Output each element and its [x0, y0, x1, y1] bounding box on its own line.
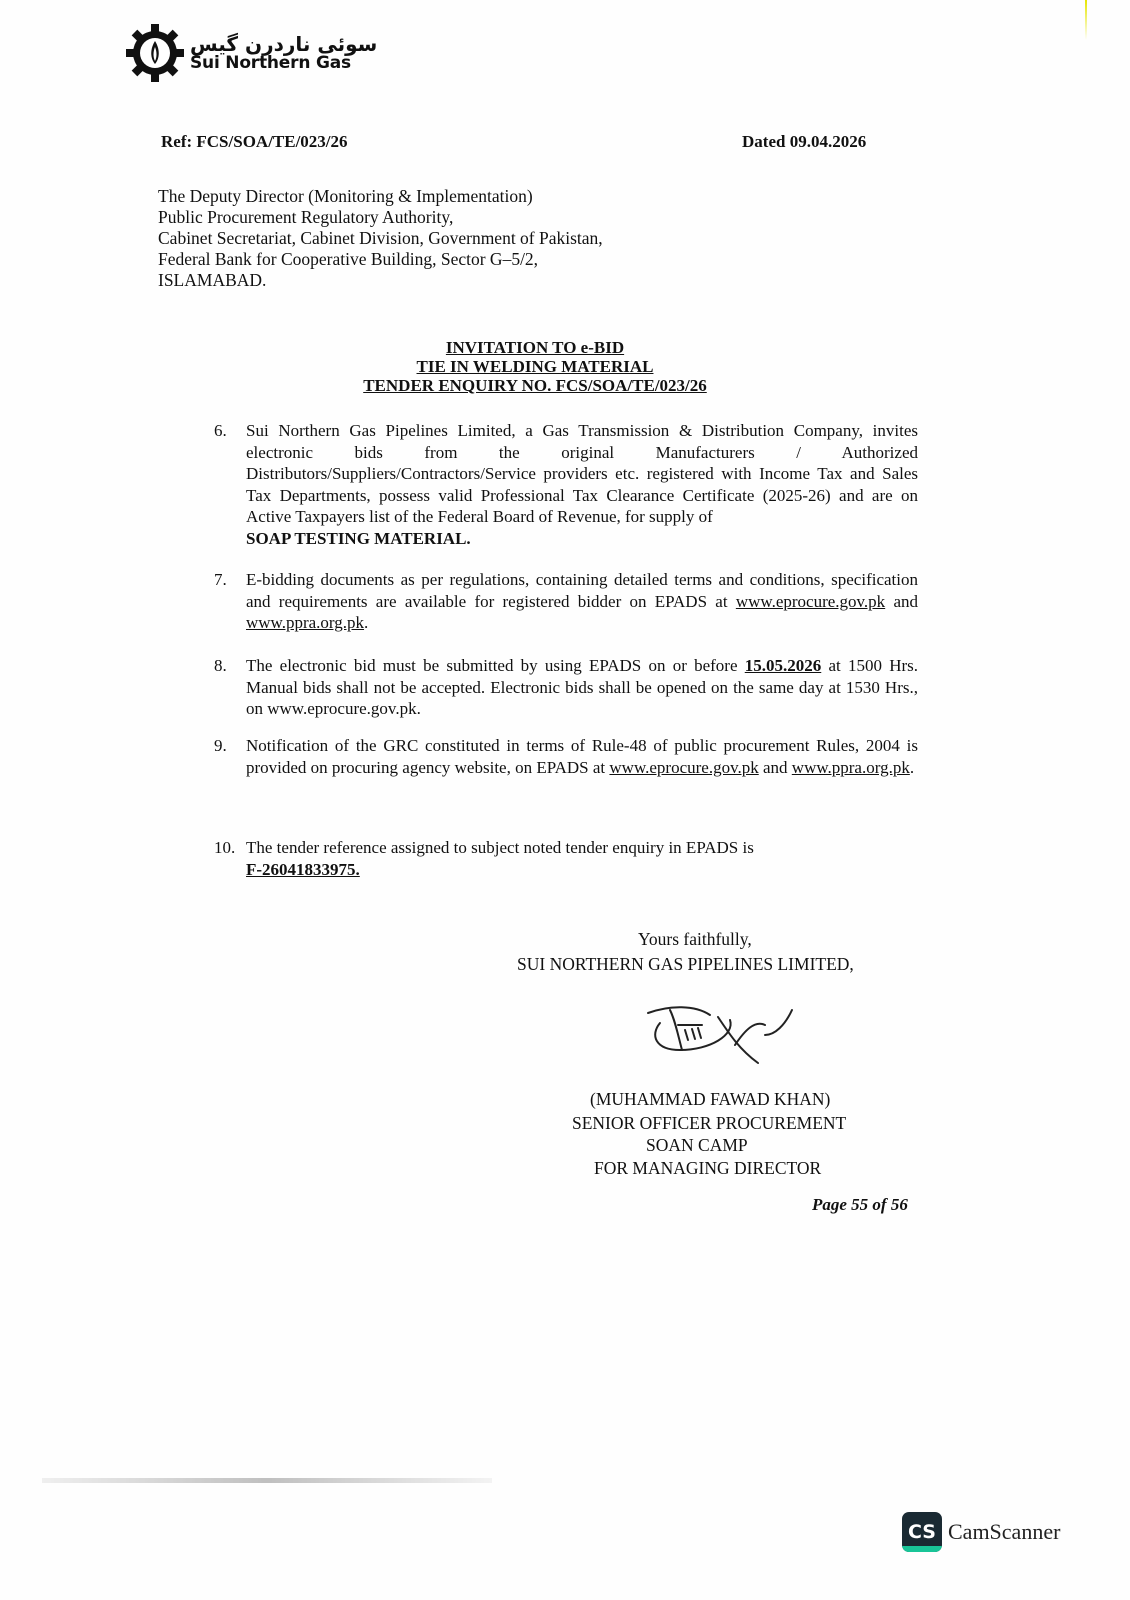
addressee-line: Federal Bank for Cooperative Building, S… [158, 249, 603, 270]
eprocure-link[interactable]: www.eprocure.gov.pk [736, 592, 885, 611]
subject-line: TENDER ENQUIRY NO. FCS/SOA/TE/023/26 [300, 376, 770, 395]
supply-item: SOAP TESTING MATERIAL. [246, 529, 471, 548]
reference-number: Ref: FCS/SOA/TE/023/26 [161, 132, 348, 152]
subject-heading: INVITATION TO e-BID TIE IN WELDING MATER… [300, 338, 770, 395]
ppra-link[interactable]: www.ppra.org.pk [246, 613, 364, 632]
scan-artifact [1085, 0, 1087, 40]
camscanner-name: CamScanner [948, 1519, 1060, 1545]
punctuation: . [910, 758, 914, 777]
company-logo: سوئی ناردرن گیس Sui Northern Gas [124, 22, 377, 84]
signatory-on-behalf: FOR MANAGING DIRECTOR [594, 1158, 821, 1179]
salutation: Yours faithfully, [638, 928, 752, 950]
signatory-location: SOAN CAMP [646, 1135, 748, 1156]
paragraph-number: 8. [214, 655, 246, 720]
signature-icon [640, 995, 800, 1065]
addressee-line: Cabinet Secretariat, Cabinet Division, G… [158, 228, 603, 249]
logo-urdu-text: سوئی ناردرن گیس [190, 34, 377, 54]
paragraph-7: 7. E-bidding documents as per regulation… [214, 569, 918, 634]
paragraph-body: Sui Northern Gas Pipelines Limited, a Ga… [246, 421, 918, 526]
conjunction: and [885, 592, 918, 611]
paragraph-text: E-bidding documents as per regulations, … [246, 569, 918, 634]
eprocure-link[interactable]: www.eprocure.gov.pk [609, 758, 758, 777]
paragraph-body: The tender reference assigned to subject… [246, 838, 754, 857]
camscanner-logo-icon: CS [902, 1512, 942, 1552]
paragraph-body: The electronic bid must be submitted by … [246, 656, 745, 675]
subject-line: INVITATION TO e-BID [300, 338, 770, 357]
paragraph-number: 6. [214, 420, 246, 549]
paragraph-number: 10. [214, 837, 246, 880]
document-date: Dated 09.04.2026 [742, 132, 866, 152]
punctuation: . [364, 613, 368, 632]
addressee-line: ISLAMABAD. [158, 270, 603, 291]
ppra-link[interactable]: www.ppra.org.pk [792, 758, 910, 777]
addressee-block: The Deputy Director (Monitoring & Implem… [158, 186, 603, 291]
signatory-name: (MUHAMMAD FAWAD KHAN) [590, 1089, 830, 1110]
document-page: سوئی ناردرن گیس Sui Northern Gas Ref: FC… [0, 0, 1130, 1600]
subject-line: TIE IN WELDING MATERIAL [300, 357, 770, 376]
paragraph-text: Notification of the GRC constituted in t… [246, 735, 918, 778]
paragraph-text: The electronic bid must be submitted by … [246, 655, 918, 720]
paragraph-9: 9. Notification of the GRC constituted i… [214, 735, 918, 778]
paragraph-number: 9. [214, 735, 246, 778]
paragraph-8: 8. The electronic bid must be submitted … [214, 655, 918, 720]
camscanner-watermark: CS CamScanner [902, 1512, 1060, 1552]
conjunction: and [759, 758, 792, 777]
paragraph-6: 6. Sui Northern Gas Pipelines Limited, a… [214, 420, 918, 549]
submission-deadline: 15.05.2026 [745, 656, 822, 675]
gear-flame-icon [124, 22, 186, 84]
addressee-line: The Deputy Director (Monitoring & Implem… [158, 186, 603, 207]
page-number: Page 55 of 56 [812, 1195, 908, 1215]
logo-english-text: Sui Northern Gas [190, 55, 377, 72]
signatory-title: SENIOR OFFICER PROCUREMENT [572, 1113, 846, 1134]
company-name: SUI NORTHERN GAS PIPELINES LIMITED, [517, 953, 854, 975]
tender-reference: F-26041833975. [246, 860, 360, 879]
paragraph-number: 7. [214, 569, 246, 634]
paragraph-text: The tender reference assigned to subject… [246, 837, 918, 880]
addressee-line: Public Procurement Regulatory Authority, [158, 207, 603, 228]
paragraph-10: 10. The tender reference assigned to sub… [214, 837, 918, 880]
scan-artifact [42, 1478, 492, 1483]
paragraph-text: Sui Northern Gas Pipelines Limited, a Ga… [246, 420, 918, 549]
